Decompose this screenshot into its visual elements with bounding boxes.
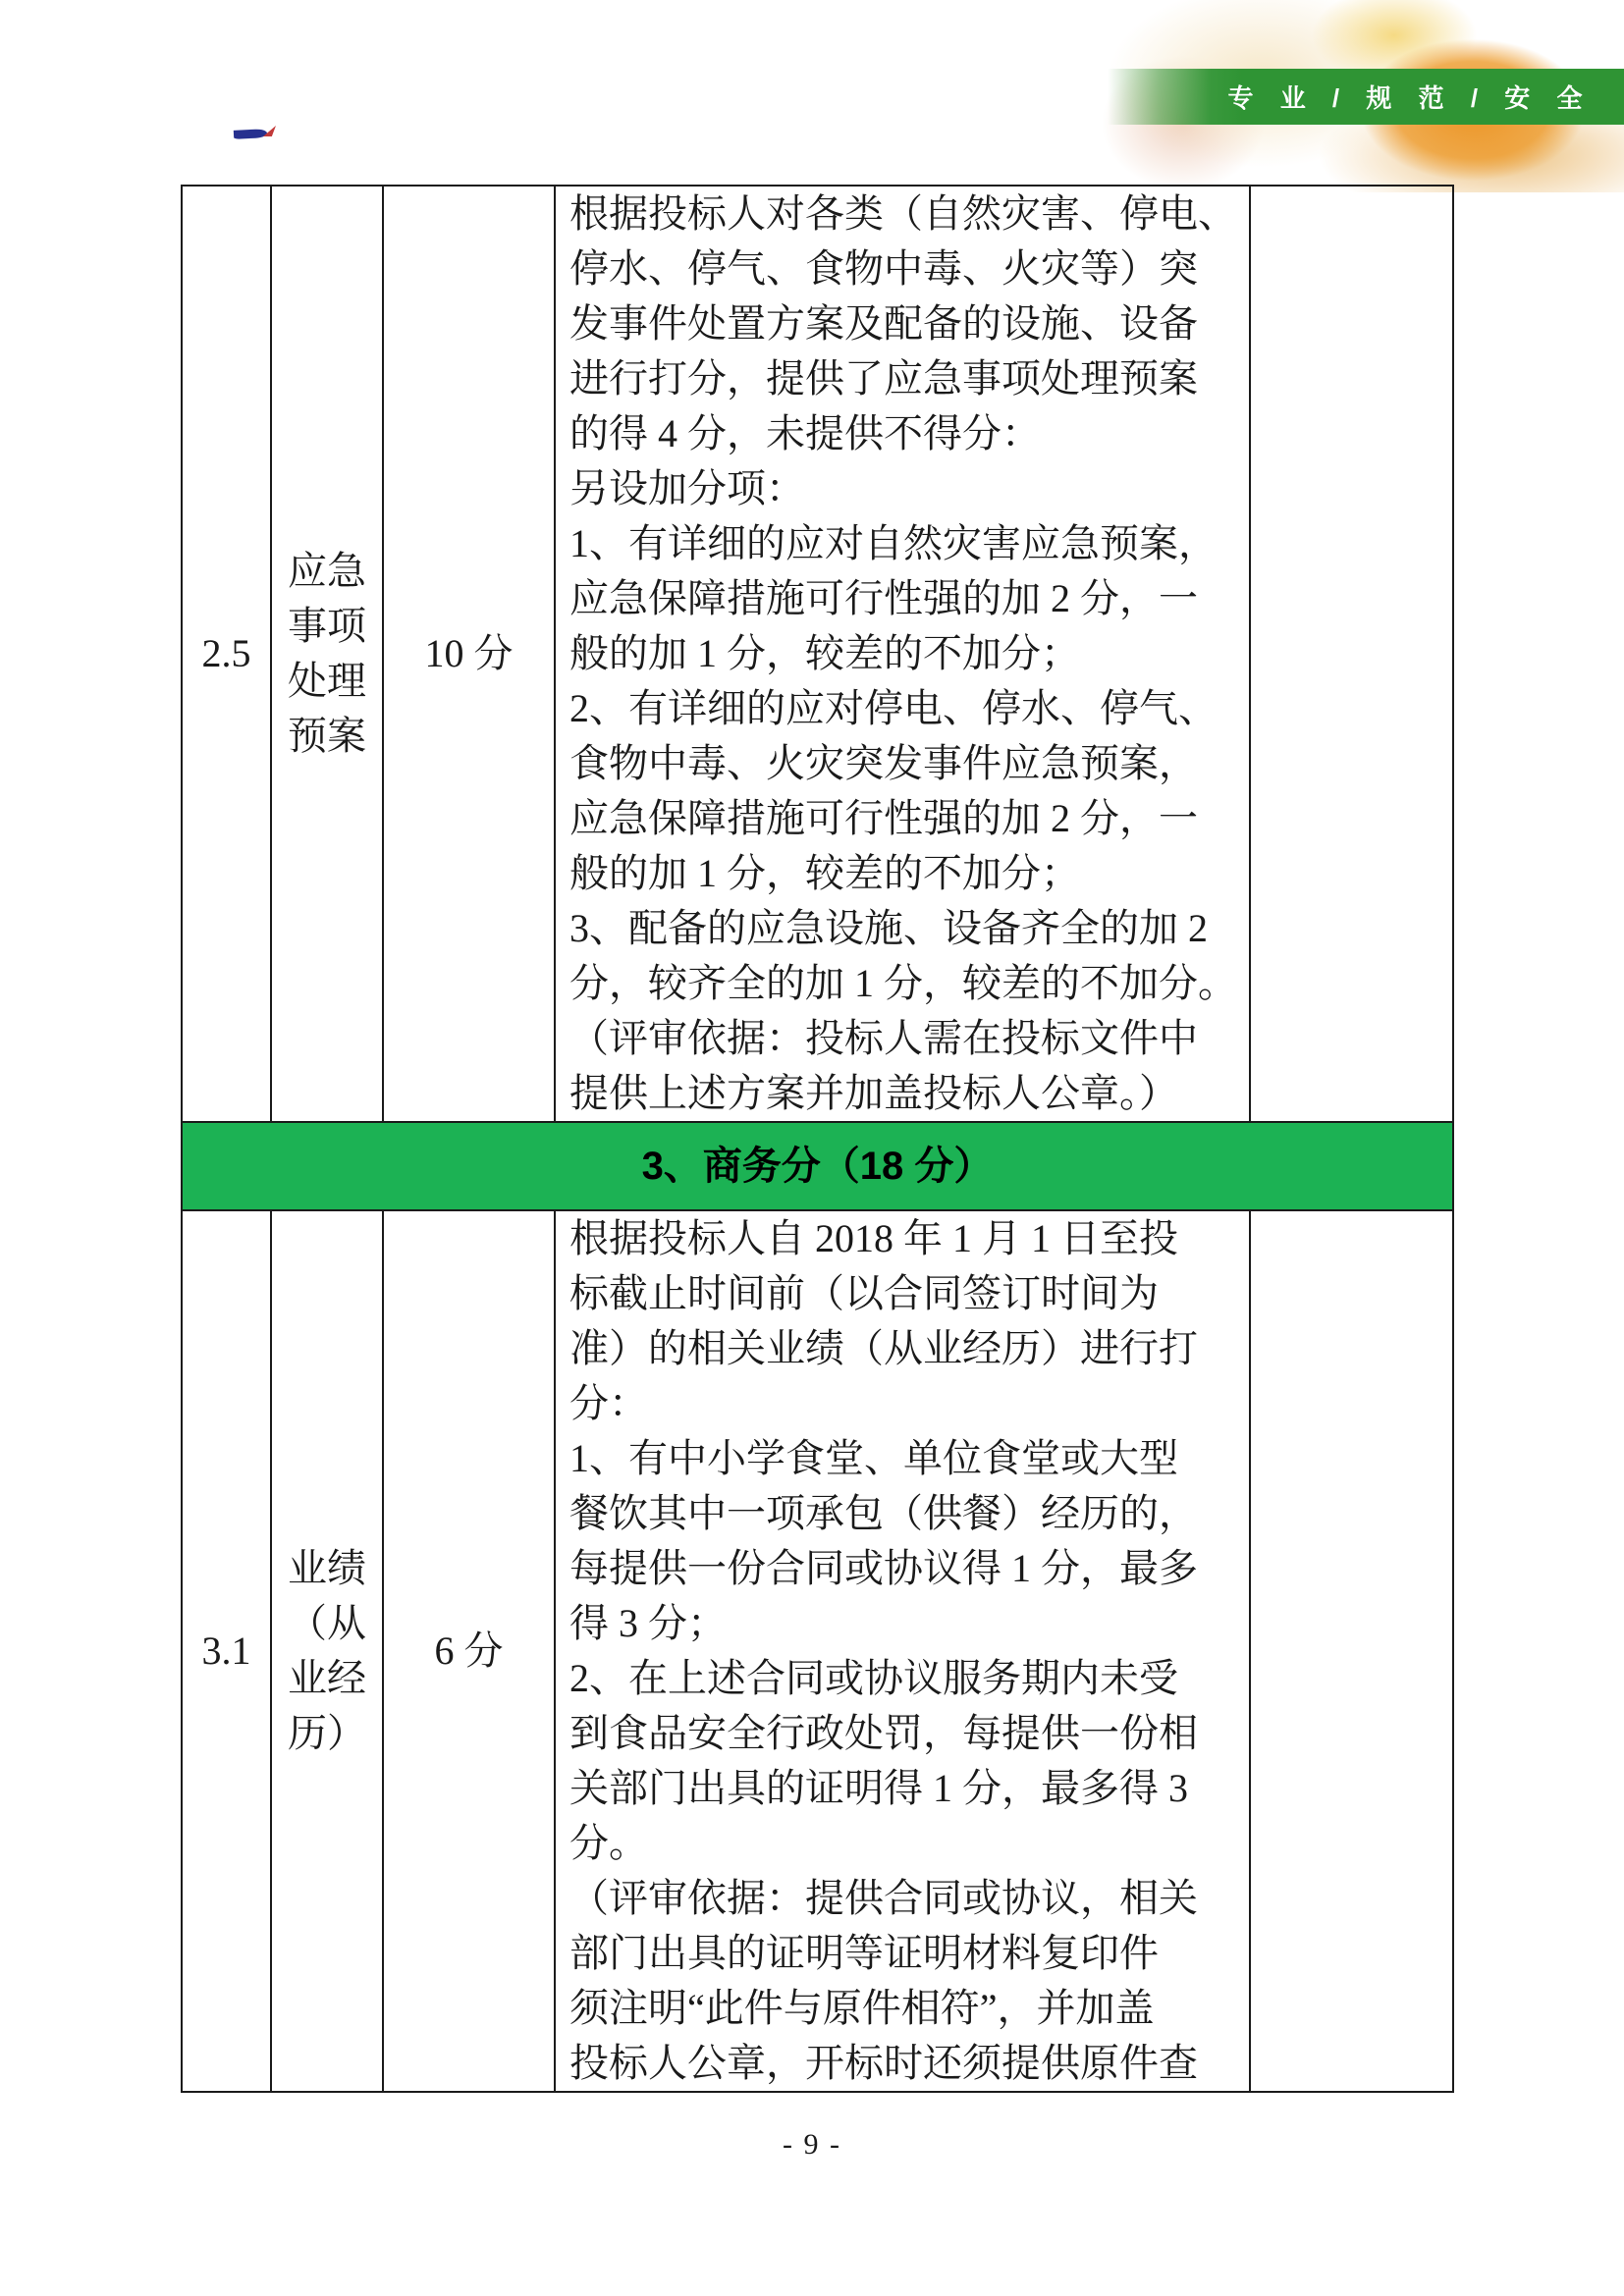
page-number: - 9 -	[0, 2128, 1624, 2162]
criterion-name-cell: 业绩 （从 业经 历）	[271, 1210, 383, 2092]
criterion-id-cell: 3.1	[182, 1210, 271, 2092]
criterion-description-cell: 根据投标人对各类（自然灾害、停电、 停水、停气、食物中毒、火灾等）突 发事件处置…	[555, 186, 1250, 1122]
criterion-description-cell: 根据投标人自 2018 年 1 月 1 日至投 标截止时间前（以合同签订时间为 …	[555, 1210, 1250, 2092]
criterion-score-cell: 10 分	[383, 186, 555, 1122]
section-header-row: 3、商务分（18 分）	[182, 1122, 1453, 1210]
criterion-name-cell: 应急 事项 处理 预案	[271, 186, 383, 1122]
header-banner: 专 业 / 规 范 / 安 全	[1108, 69, 1624, 125]
table-row-3-1: 3.1 业绩 （从 业经 历） 6 分 根据投标人自 2018 年 1 月 1 …	[182, 1210, 1453, 2092]
criterion-id-cell: 2.5	[182, 186, 271, 1122]
table-row-2-5: 2.5 应急 事项 处理 预案 10 分 根据投标人对各类（自然灾害、停电、 停…	[182, 186, 1453, 1122]
logo-blue-swoosh-icon	[234, 129, 267, 139]
banner-slogan-text: 专 业 / 规 范 / 安 全	[1139, 79, 1592, 115]
logo-fragment	[234, 126, 279, 141]
criterion-score-cell: 6 分	[383, 1210, 555, 2092]
evaluation-table: 2.5 应急 事项 处理 预案 10 分 根据投标人对各类（自然灾害、停电、 停…	[181, 185, 1454, 2093]
document-page: { "header": { "banner_text": "专 业 / 规 范 …	[0, 0, 1624, 2296]
section-header-title: 3、商务分（18 分）	[182, 1122, 1453, 1210]
evaluation-blank-cell	[1250, 1210, 1453, 2092]
evaluation-blank-cell	[1250, 186, 1453, 1122]
